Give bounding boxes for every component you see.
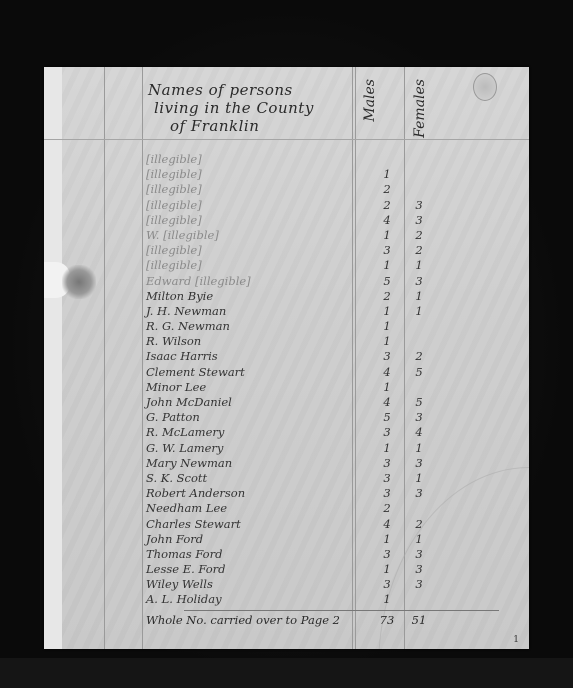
total-row: Whole No. carried over to Page 2 73 51 — [146, 613, 526, 628]
person-name: R. G. Newman — [146, 319, 230, 333]
males-count: 3 — [378, 486, 396, 500]
column-header-males: Males — [362, 79, 378, 122]
males-count: 1 — [378, 258, 396, 272]
total-males: 73 — [378, 613, 396, 627]
person-name: G. W. Lamery — [146, 441, 223, 455]
person-name: [illegible] — [146, 182, 202, 196]
females-count: 2 — [410, 349, 428, 363]
males-count: 1 — [378, 592, 396, 606]
column-header-females: Females — [412, 79, 428, 138]
page-number: 1 — [513, 635, 519, 645]
table-row: A. L. Holiday1 — [146, 592, 526, 607]
document-heading: Names of persons living in the County of… — [144, 81, 354, 135]
table-row: [illegible] — [146, 152, 526, 167]
scanner-bottom-band — [0, 658, 573, 688]
person-name: Isaac Harris — [146, 349, 218, 363]
person-name: John McDaniel — [146, 395, 232, 409]
males-count: 4 — [378, 213, 396, 227]
males-count: 5 — [378, 410, 396, 424]
person-name: Charles Stewart — [146, 517, 241, 531]
females-count: 5 — [410, 395, 428, 409]
table-row: Clement Stewart45 — [146, 365, 526, 380]
males-count: 1 — [378, 532, 396, 546]
table-row: Milton Byie21 — [146, 289, 526, 304]
table-row: [illegible]32 — [146, 243, 526, 258]
person-name: [illegible] — [146, 213, 202, 227]
females-count: 1 — [410, 258, 428, 272]
males-count: 2 — [378, 198, 396, 212]
person-name: [illegible] — [146, 152, 202, 166]
ink-stain — [62, 265, 96, 299]
females-count: 3 — [410, 562, 428, 576]
total-rule — [184, 610, 499, 611]
table-row: [illegible]43 — [146, 213, 526, 228]
person-name: [illegible] — [146, 243, 202, 257]
table-row: G. W. Lamery11 — [146, 441, 526, 456]
person-name: [illegible] — [146, 167, 202, 181]
table-row: John McDaniel45 — [146, 395, 526, 410]
person-name: Lesse E. Ford — [146, 562, 226, 576]
person-name: S. K. Scott — [146, 471, 207, 485]
males-count: 1 — [378, 167, 396, 181]
males-count: 1 — [378, 228, 396, 242]
table-row: Lesse E. Ford13 — [146, 562, 526, 577]
females-count: 3 — [410, 577, 428, 591]
person-name: W. [illegible] — [146, 228, 219, 242]
total-females: 51 — [410, 613, 428, 627]
females-count: 2 — [410, 517, 428, 531]
person-name: Minor Lee — [146, 380, 206, 394]
females-count: 3 — [410, 486, 428, 500]
table-row: G. Patton53 — [146, 410, 526, 425]
ruled-line — [142, 67, 143, 649]
table-row: [illegible]11 — [146, 258, 526, 273]
person-name: John Ford — [146, 532, 203, 546]
table-row: S. K. Scott31 — [146, 471, 526, 486]
males-count: 3 — [378, 547, 396, 561]
table-row: W. [illegible]12 — [146, 228, 526, 243]
table-row: [illegible]1 — [146, 167, 526, 182]
males-count: 5 — [378, 274, 396, 288]
person-name: [illegible] — [146, 198, 202, 212]
person-name: Edward [illegible] — [146, 274, 251, 288]
table-row: Mary Newman33 — [146, 456, 526, 471]
table-row: R. G. Newman1 — [146, 319, 526, 334]
females-count: 2 — [410, 243, 428, 257]
females-count: 1 — [410, 441, 428, 455]
header-rule — [44, 139, 529, 140]
males-count: 4 — [378, 395, 396, 409]
females-count: 3 — [410, 456, 428, 470]
males-count: 1 — [378, 441, 396, 455]
males-count: 2 — [378, 182, 396, 196]
females-count: 1 — [410, 532, 428, 546]
person-name: A. L. Holiday — [146, 592, 222, 606]
person-name: Milton Byie — [146, 289, 213, 303]
table-row: Minor Lee1 — [146, 380, 526, 395]
males-count: 1 — [378, 319, 396, 333]
males-count: 3 — [378, 349, 396, 363]
person-name: Needham Lee — [146, 501, 227, 515]
females-count: 5 — [410, 365, 428, 379]
females-count: 1 — [410, 471, 428, 485]
paper-margin — [44, 67, 62, 649]
females-count: 1 — [410, 304, 428, 318]
males-count: 2 — [378, 501, 396, 515]
corner-stamp-icon — [473, 73, 497, 101]
males-count: 3 — [378, 243, 396, 257]
table-row: Charles Stewart42 — [146, 517, 526, 532]
males-count: 3 — [378, 471, 396, 485]
heading-line-1: Names of persons — [144, 81, 354, 99]
males-count: 4 — [378, 365, 396, 379]
table-row: John Ford11 — [146, 532, 526, 547]
table-row: Isaac Harris32 — [146, 349, 526, 364]
heading-line-3: of Franklin — [144, 117, 354, 135]
person-name: R. Wilson — [146, 334, 201, 348]
females-count: 3 — [410, 213, 428, 227]
table-row: R. Wilson1 — [146, 334, 526, 349]
males-count: 4 — [378, 517, 396, 531]
males-count: 1 — [378, 380, 396, 394]
ruled-line — [104, 67, 105, 649]
person-name: J. H. Newman — [146, 304, 226, 318]
person-name: [illegible] — [146, 258, 202, 272]
person-name: G. Patton — [146, 410, 200, 424]
males-count: 3 — [378, 577, 396, 591]
census-page: Names of persons living in the County of… — [44, 67, 529, 649]
table-row: Thomas Ford33 — [146, 547, 526, 562]
heading-line-2: living in the County — [144, 99, 354, 117]
males-count: 1 — [378, 562, 396, 576]
table-row: Edward [illegible]53 — [146, 274, 526, 289]
census-entries: [illegible][illegible]1[illegible]2[ille… — [146, 152, 526, 608]
females-count: 3 — [410, 410, 428, 424]
females-count: 3 — [410, 198, 428, 212]
males-count: 3 — [378, 425, 396, 439]
males-count: 2 — [378, 289, 396, 303]
males-count: 1 — [378, 304, 396, 318]
females-count: 2 — [410, 228, 428, 242]
females-count: 3 — [410, 274, 428, 288]
person-name: Robert Anderson — [146, 486, 245, 500]
table-row: [illegible]23 — [146, 198, 526, 213]
person-name: R. McLamery — [146, 425, 224, 439]
table-row: [illegible]2 — [146, 182, 526, 197]
table-row: Needham Lee2 — [146, 501, 526, 516]
table-row: J. H. Newman11 — [146, 304, 526, 319]
person-name: Wiley Wells — [146, 577, 213, 591]
table-row: Robert Anderson33 — [146, 486, 526, 501]
table-row: Wiley Wells33 — [146, 577, 526, 592]
females-count: 3 — [410, 547, 428, 561]
person-name: Thomas Ford — [146, 547, 222, 561]
males-count: 1 — [378, 334, 396, 348]
table-row: R. McLamery34 — [146, 425, 526, 440]
person-name: Mary Newman — [146, 456, 232, 470]
females-count: 4 — [410, 425, 428, 439]
females-count: 1 — [410, 289, 428, 303]
total-label: Whole No. carried over to Page 2 — [146, 613, 340, 627]
males-count: 3 — [378, 456, 396, 470]
person-name: Clement Stewart — [146, 365, 245, 379]
